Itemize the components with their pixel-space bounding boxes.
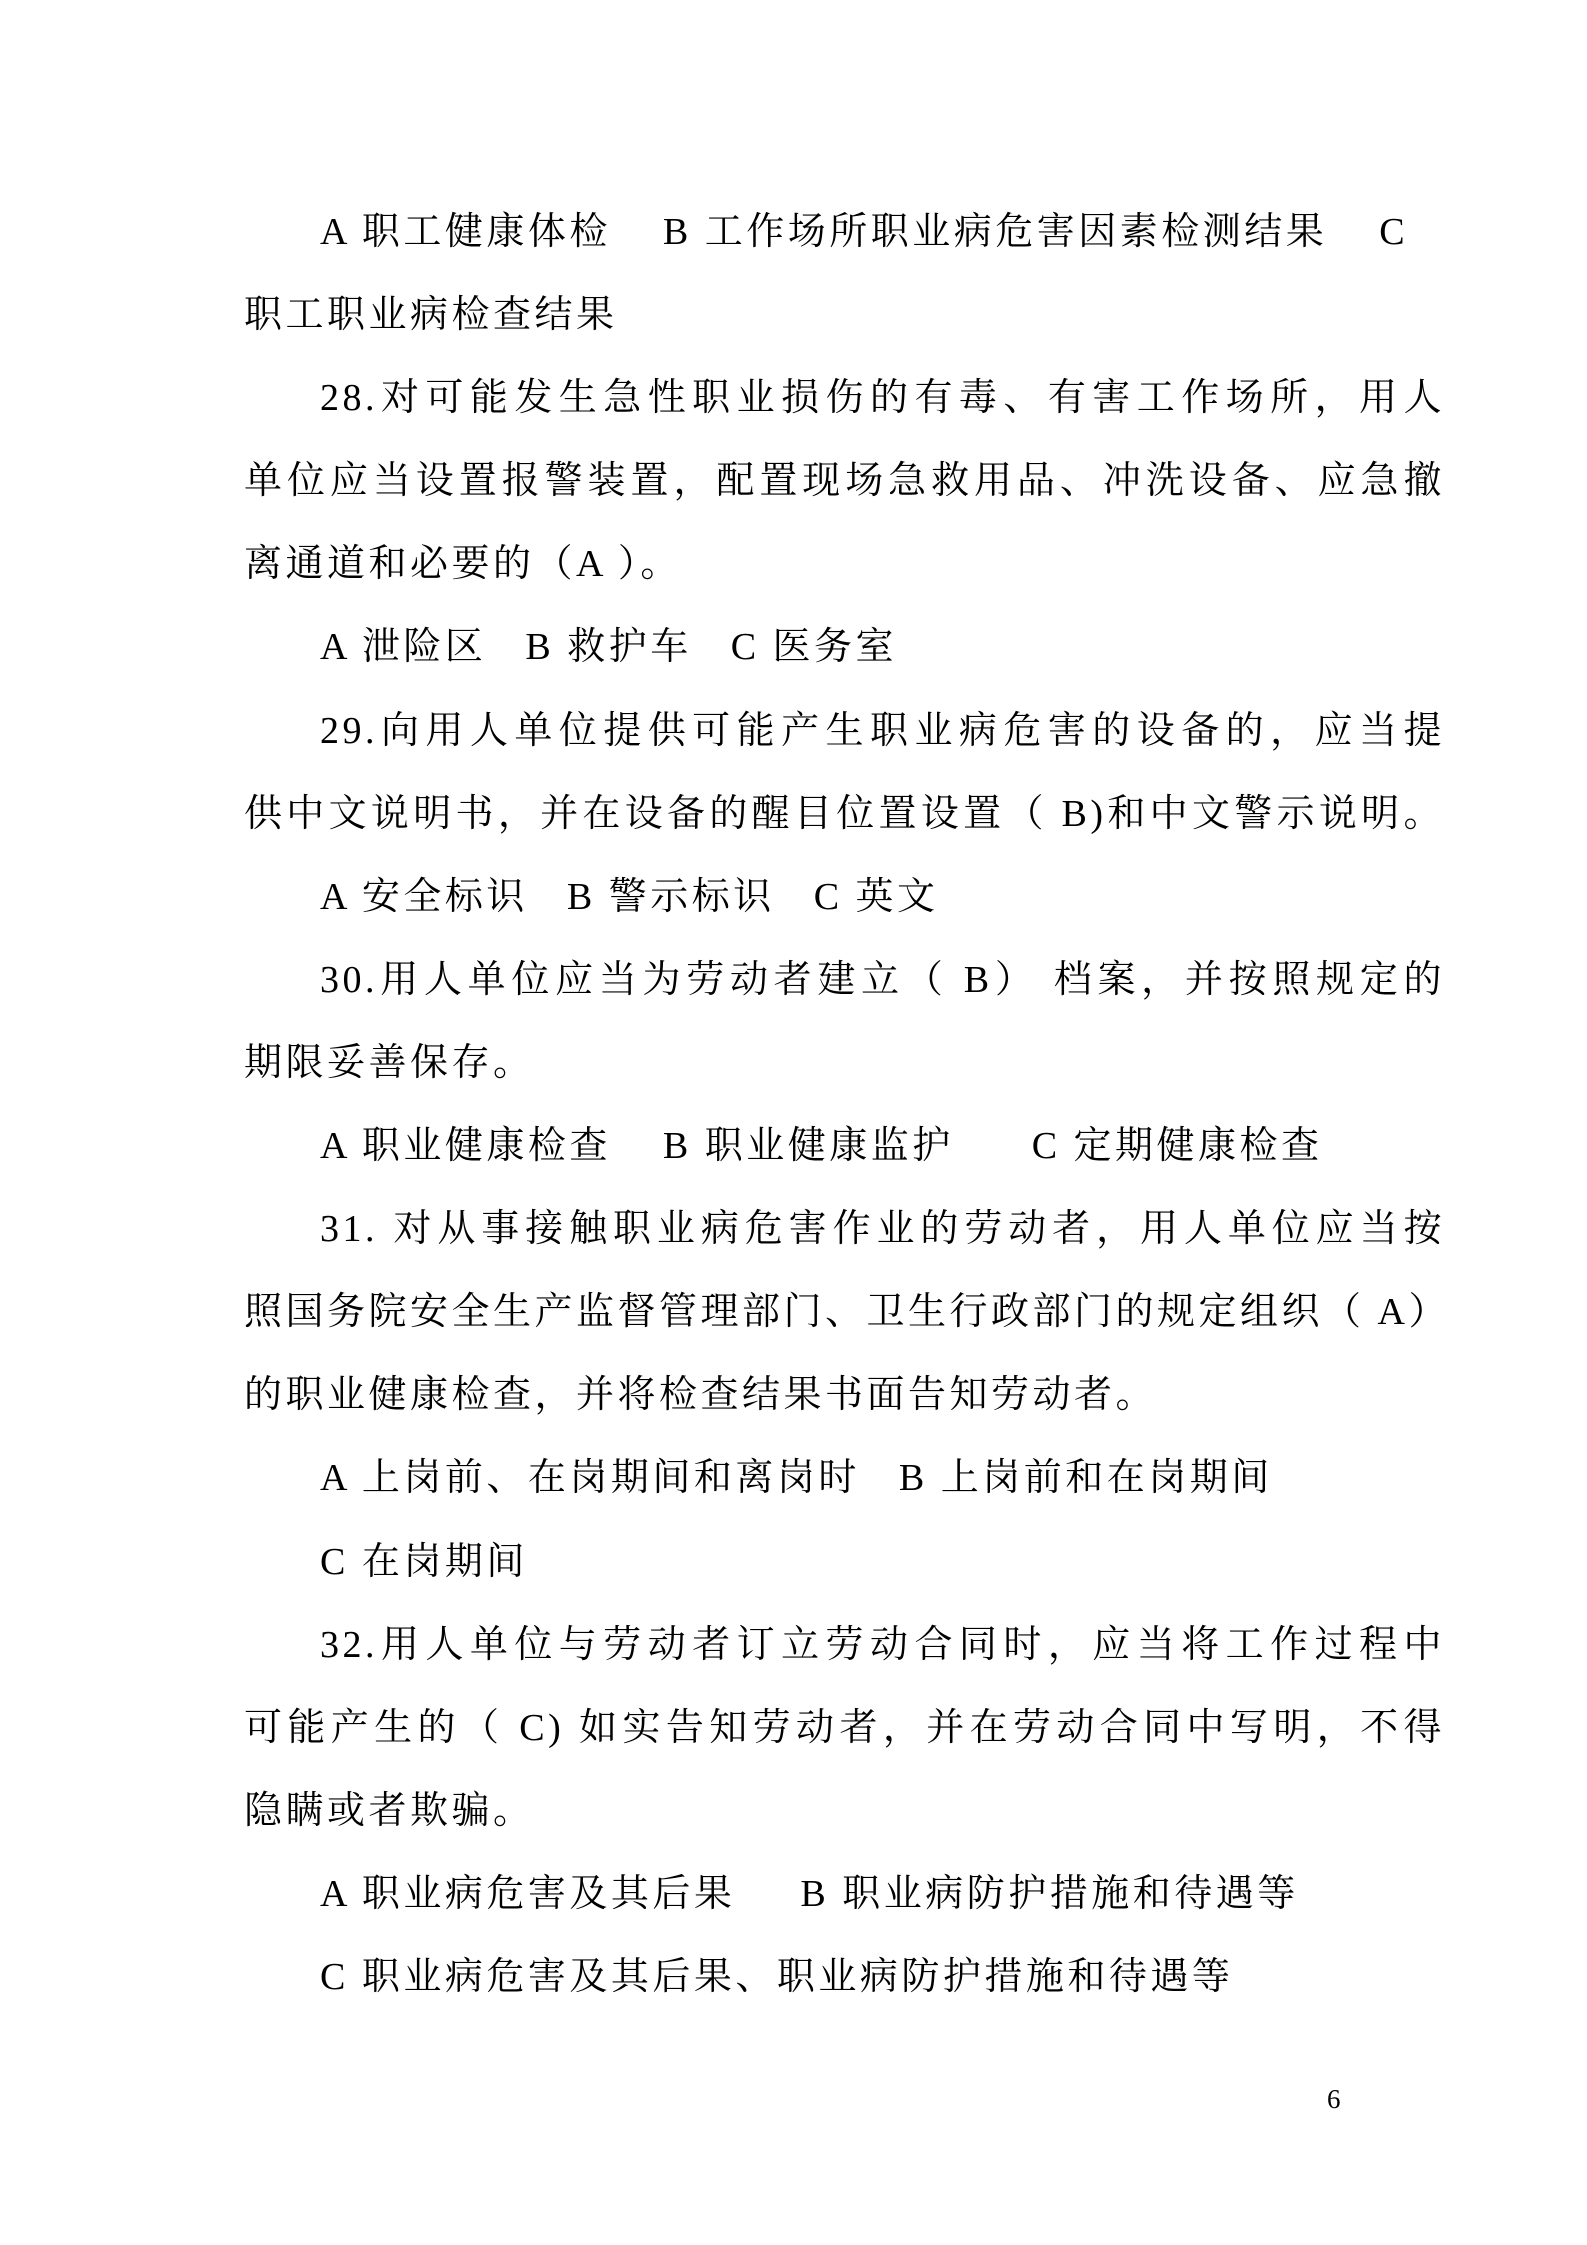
text-line: A 泄险区 B 救护车 C 医务室 [244,606,1445,689]
text-line: C 职业病危害及其后果、职业病防护措施和待遇等 [244,1936,1445,2019]
text-line: 29.向用人单位提供可能产生职业病危害的设备的，应当提 [244,690,1445,773]
document-page: A 职工健康体检 B 工作场所职业病危害因素检测结果 C 职工职业病检查结果 2… [0,0,1587,2245]
text-line: 隐瞒或者欺骗。 [244,1770,1445,1853]
text-line: 的职业健康检查，并将检查结果书面告知劳动者。 [244,1354,1445,1437]
text-line: 单位应当设置报警装置，配置现场急救用品、冲洗设备、应急撤 [244,440,1445,523]
page-number: 6 [1327,2083,1341,2115]
text-line: 32.用人单位与劳动者订立劳动合同时，应当将工作过程中 [244,1604,1445,1687]
text-line: 职工职业病检查结果 [244,274,1445,357]
text-line: A 职业健康检查 B 职业健康监护 C 定期健康检查 [244,1105,1445,1188]
text-line: 30.用人单位应当为劳动者建立（ B） 档案，并按照规定的 [244,939,1445,1022]
text-line: 照国务院安全生产监督管理部门、卫生行政部门的规定组织（ A） [244,1271,1445,1354]
text-line: A 职业病危害及其后果 B 职业病防护措施和待遇等 [244,1853,1445,1936]
text-line: A 职工健康体检 B 工作场所职业病危害因素检测结果 C [244,191,1445,274]
text-line: 供中文说明书，并在设备的醒目位置设置（ B)和中文警示说明。 [244,773,1445,856]
text-line: 31. 对从事接触职业病危害作业的劳动者，用人单位应当按 [244,1188,1445,1271]
text-line: 期限妥善保存。 [244,1022,1445,1105]
text-line: 28.对可能发生急性职业损伤的有毒、有害工作场所，用人 [244,357,1445,440]
text-line: C 在岗期间 [244,1521,1445,1604]
text-line: A 上岗前、在岗期间和离岗时 B 上岗前和在岗期间 [244,1437,1445,1520]
document-text-block: A 职工健康体检 B 工作场所职业病危害因素检测结果 C 职工职业病检查结果 2… [244,191,1445,2019]
text-line: A 安全标识 B 警示标识 C 英文 [244,856,1445,939]
text-line: 可能产生的（ C) 如实告知劳动者，并在劳动合同中写明，不得 [244,1687,1445,1770]
text-line: 离通道和必要的（A ）。 [244,523,1445,606]
